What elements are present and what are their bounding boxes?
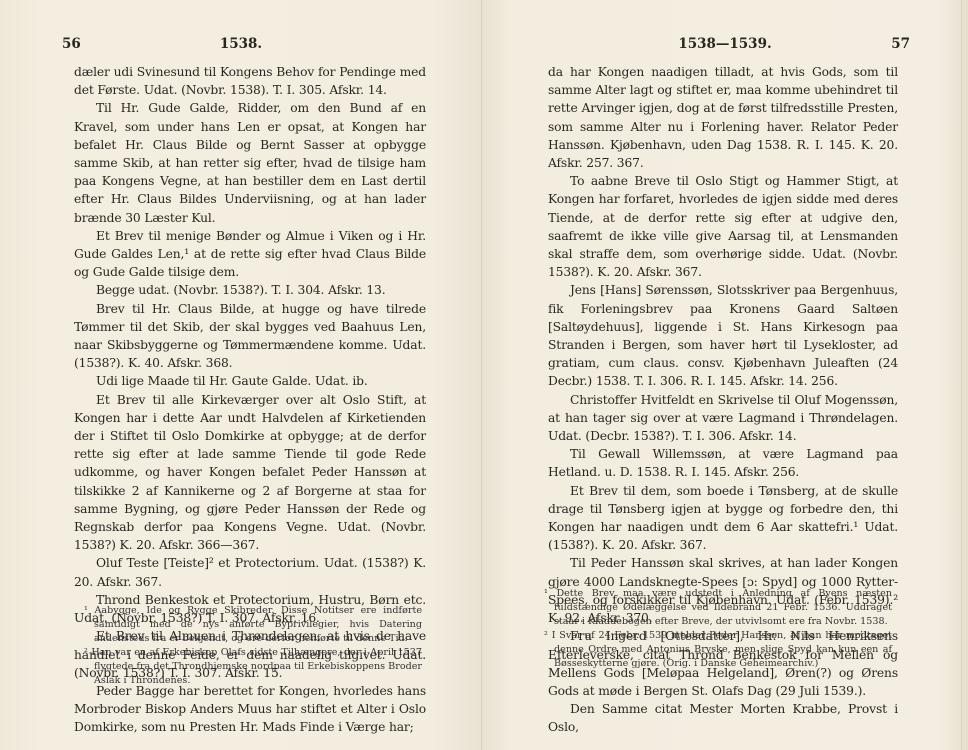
paragraph: Et Brev til dem, som boede i Tønsberg, a… [548,482,898,555]
footnote-text: I Svar af 24 Febr. 1539 melder Peder Han… [552,630,892,669]
footnote: ² Han var en af Erkebiskop Olafs sidste … [84,646,422,688]
paragraph: Den Samme citat Mester Morten Krabbe, Pr… [548,700,898,736]
footnotes: ¹ Dette Brev maa være udstedt i Anlednin… [544,587,892,671]
paragraph: Oluf Teste [Teiste]² et Protectorium. Ud… [74,554,426,590]
footnotes: ¹ Aabygge, Ide og Rygge Skibreder. Disse… [84,604,422,688]
running-head: 1538. [0,36,482,52]
paragraph: Et Brev til menige Bønder og Almue i Vik… [74,227,426,282]
paragraph: Christoffer Hvitfeldt en Skrivelse til O… [548,391,898,446]
footnote-text: Dette Brev maa være udstedt i Anledning … [554,588,892,627]
footnote-mark: ¹ [544,588,548,599]
paragraph: dæler udi Svinesund til Kongens Behov fo… [74,63,426,99]
paragraph: Brev til Hr. Claus Bilde, at hugge og ha… [74,300,426,373]
book-spread: 56 1538. dæler udi Svinesund til Kongens… [0,0,968,750]
paragraph: Udi lige Maade til Hr. Gaute Galde. Udat… [74,372,426,390]
footnote-text: Han var en af Erkebiskop Olafs sidste Ti… [91,647,422,686]
right-page: 1538—1539. 57 da har Kongen naadigen til… [482,0,968,750]
paragraph: Begge udat. (Novbr. 1538?). T. I. 304. A… [74,281,426,299]
footnote: ² I Svar af 24 Febr. 1539 melder Peder H… [544,629,892,671]
page-edge [961,0,962,750]
paragraph: Til Gewall Willemssøn, at være Lagmand p… [548,445,898,481]
footnote-mark: ¹ [84,605,88,616]
footnote: ¹ Aabygge, Ide og Rygge Skibreder. Disse… [84,604,422,646]
paragraph: To aabne Breve til Oslo Stigt og Hammer … [548,172,898,281]
footnote-text: Aabygge, Ide og Rygge Skibreder. Disse N… [94,605,422,644]
footnote: ¹ Dette Brev maa være udstedt i Anlednin… [544,587,892,629]
paragraph: Til Hr. Gude Galde, Ridder, om den Bund … [74,99,426,226]
paragraph: Jens [Hans] Sørenssøn, Slotsskriver paa … [548,281,898,390]
left-page: 56 1538. dæler udi Svinesund til Kongens… [0,0,482,750]
footnote-mark: ² [84,647,88,658]
footnote-mark: ² [544,630,548,641]
paragraph: Peder Bagge har berettet for Kongen, hvo… [74,682,426,737]
paragraph: da har Kongen naadigen tilladt, at hvis … [548,63,898,172]
page-number: 57 [891,36,910,52]
paragraph: Et Brev til alle Kirkeværger over alt Os… [74,391,426,555]
